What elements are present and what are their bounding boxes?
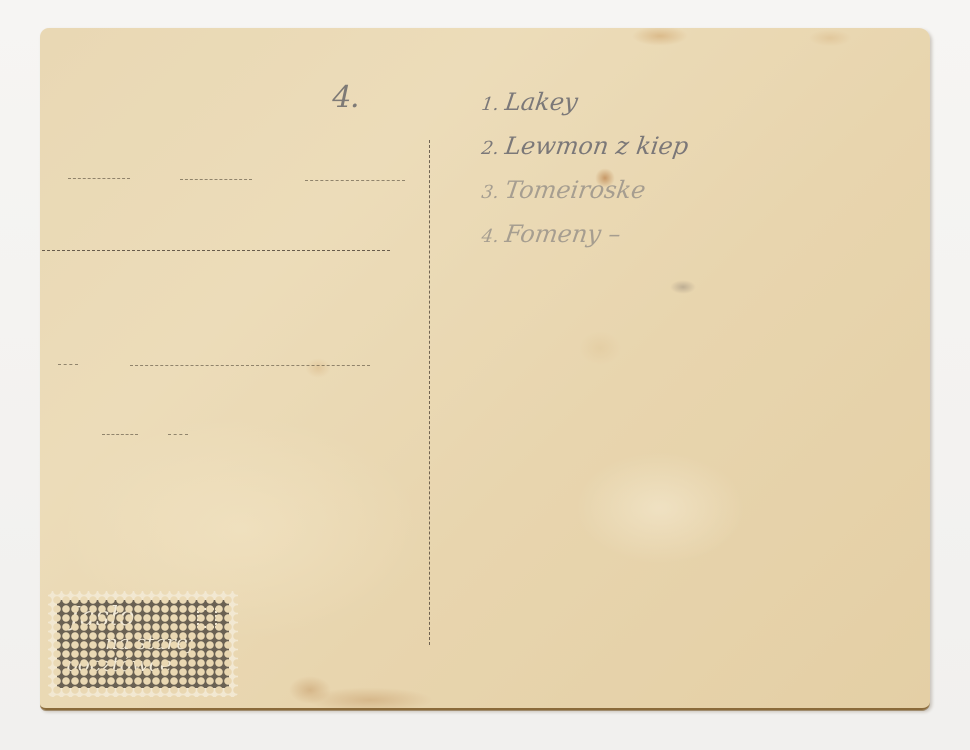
handwritten-line-4: 4.Fomeny – <box>479 212 691 256</box>
watermark-line-3: pocztówce <box>65 652 172 676</box>
watermark-title: Jasło <box>69 602 135 632</box>
image-stage: 4. 1.Lakey 2.Lewmon z kiep 3.Tomeiroske … <box>0 0 970 750</box>
watermark-logo: Jasło na starej pocztówce <box>48 591 238 697</box>
handwritten-line-1: 1.Lakey <box>479 80 691 124</box>
address-line-1 <box>68 178 130 179</box>
address-line-1b <box>180 179 252 180</box>
pencil-smudge <box>670 280 696 294</box>
handwritten-list: 1.Lakey 2.Lewmon z kiep 3.Tomeiroske 4.F… <box>482 80 688 256</box>
address-line-3 <box>58 364 78 365</box>
address-line-1c <box>305 180 405 181</box>
watermark-line-2: na starej <box>105 630 194 654</box>
handwritten-line-3: 3.Tomeiroske <box>479 168 691 212</box>
stamp-icon <box>197 608 217 628</box>
handwritten-line-2: 2.Lewmon z kiep <box>479 124 691 168</box>
center-divider <box>429 140 430 645</box>
address-line-4b <box>168 434 188 435</box>
address-line-2 <box>42 250 390 251</box>
watermark-panel: Jasło na starej pocztówce <box>57 600 229 688</box>
address-line-3b <box>130 365 370 366</box>
address-line-4 <box>102 434 138 435</box>
handwritten-number: 4. <box>328 80 365 115</box>
